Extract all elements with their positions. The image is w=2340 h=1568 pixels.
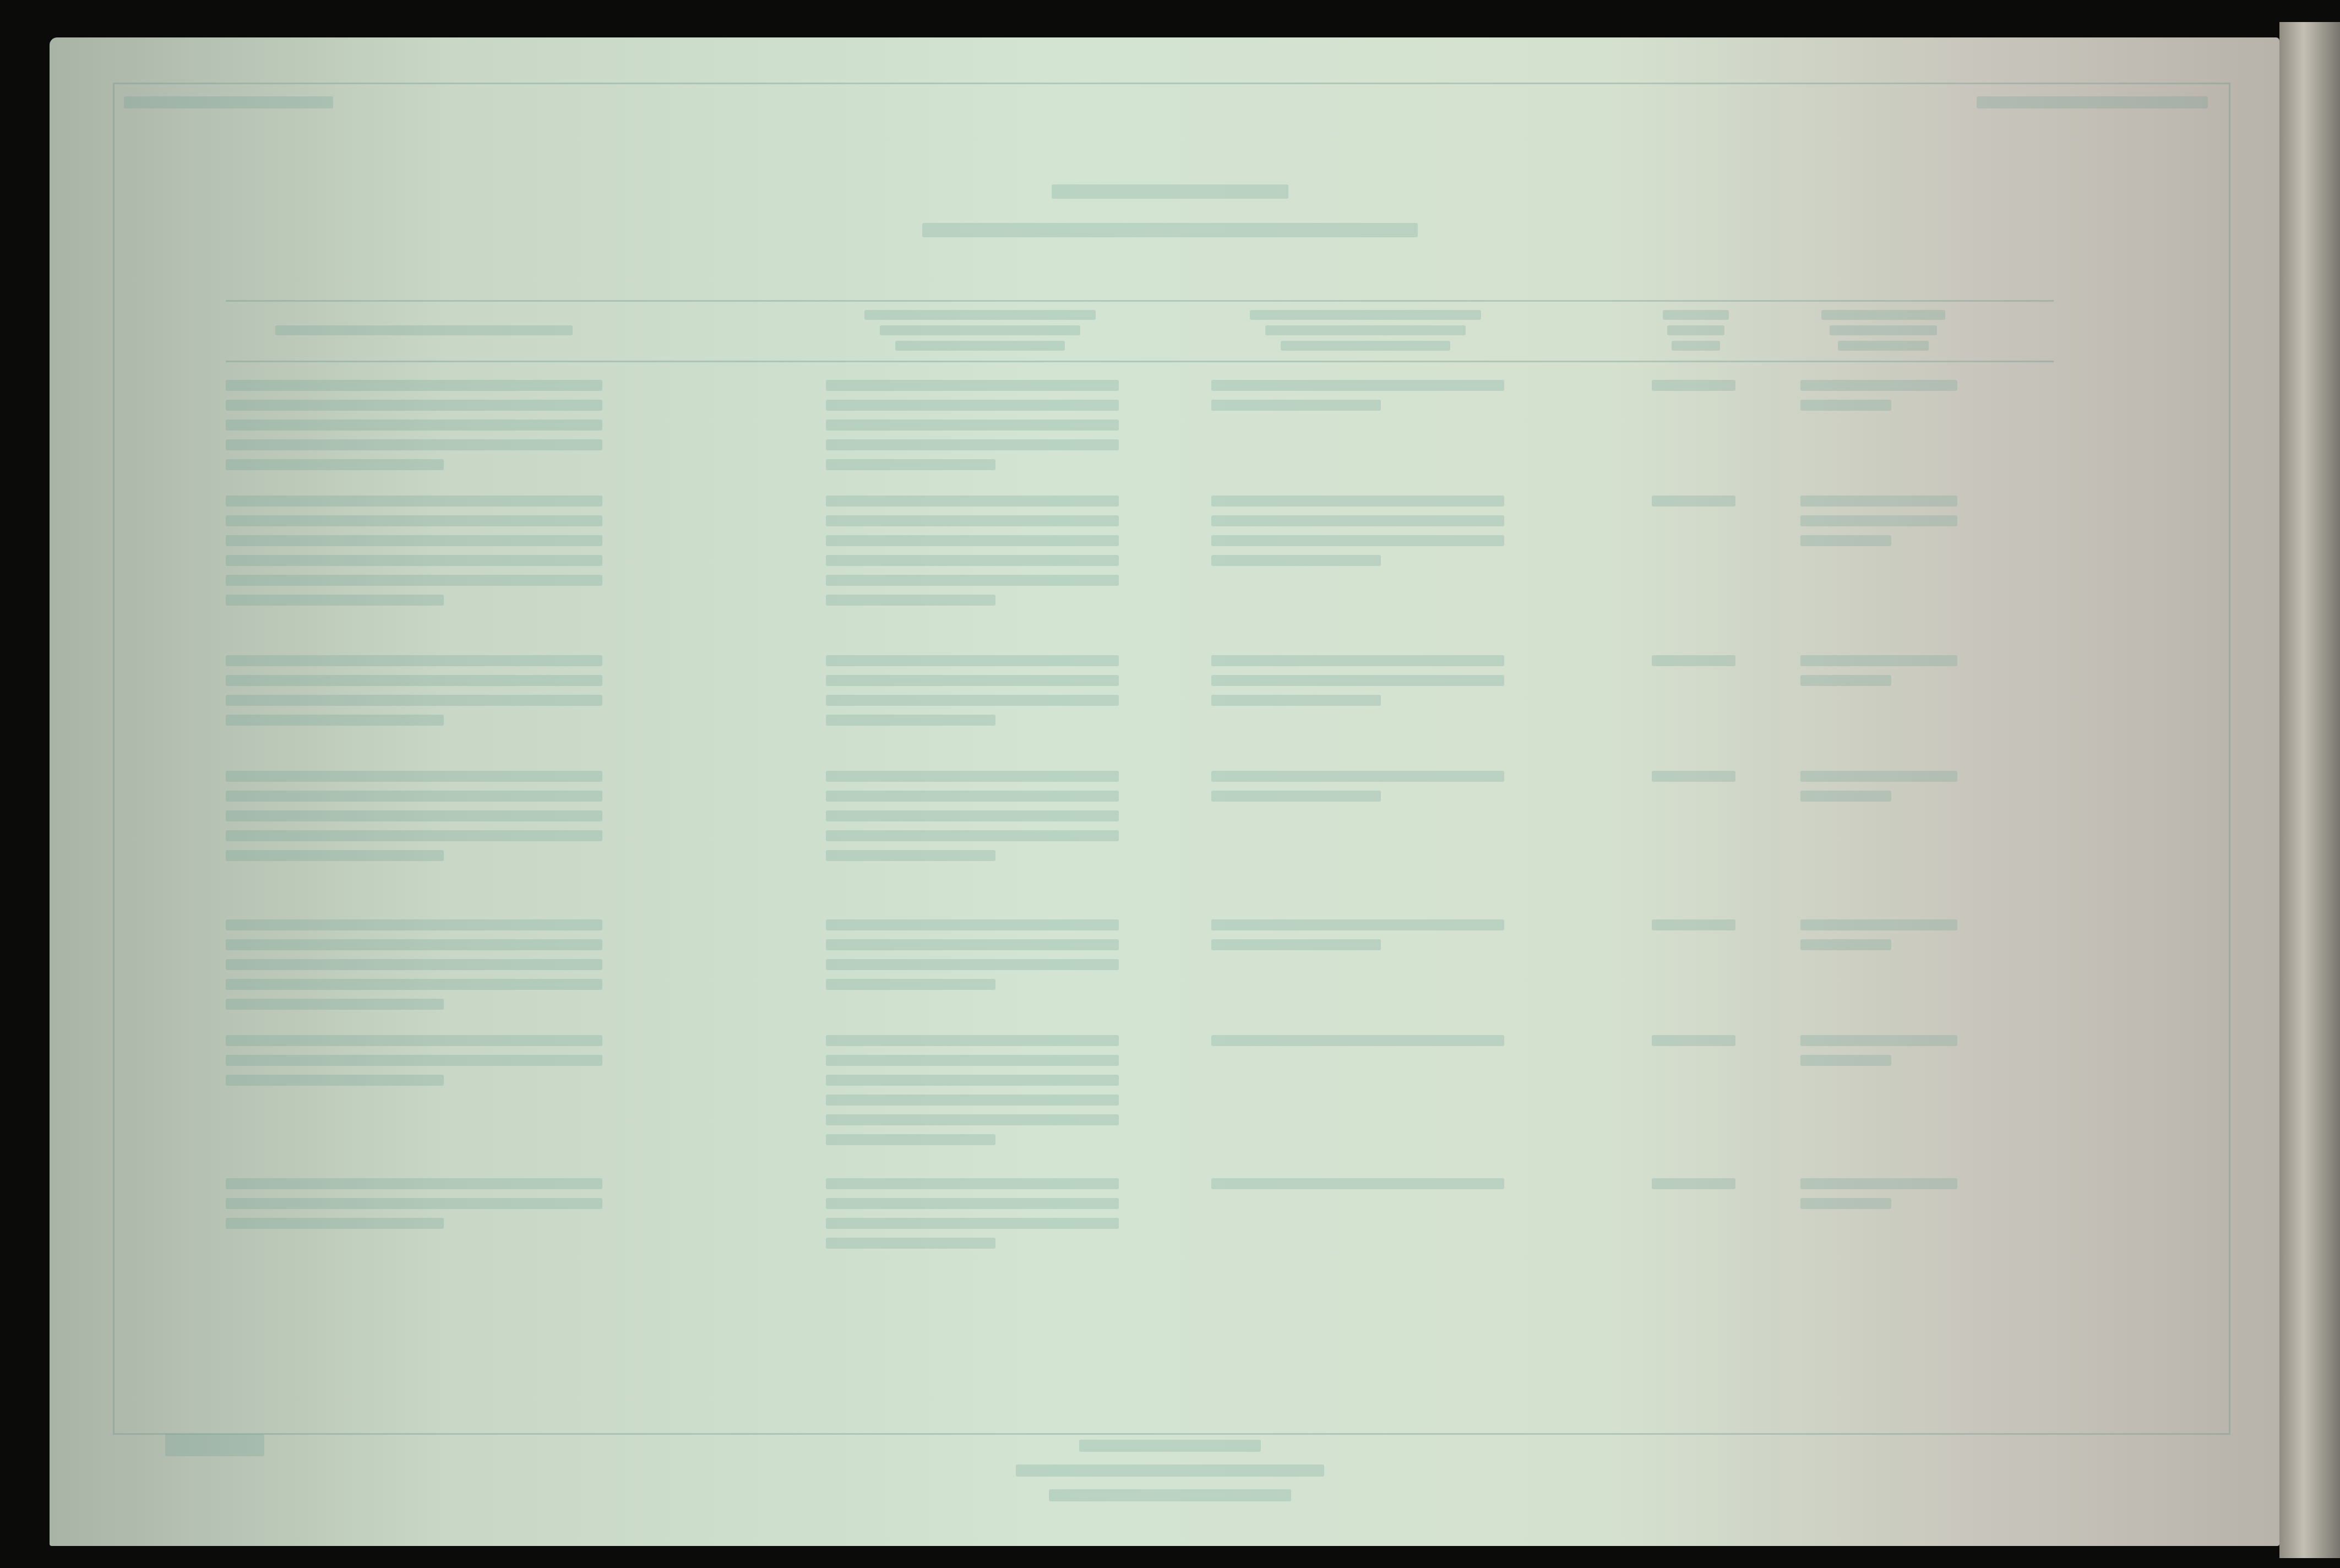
table-cell: [226, 1035, 622, 1086]
table-cell: [826, 496, 1134, 606]
table-cell: [226, 771, 622, 861]
column-header: [226, 302, 622, 359]
table-cell: [1652, 919, 1740, 930]
title-line-1: [1052, 184, 1288, 199]
table-cell: [826, 655, 1134, 726]
table-cell: [1800, 1035, 1966, 1066]
table-cell: [226, 655, 622, 726]
table-cell: [1652, 771, 1740, 782]
page-border: [113, 83, 2230, 1435]
table-cell: [1652, 1178, 1740, 1189]
table-cell: [226, 1178, 622, 1229]
footer-line-2: [0, 1464, 2340, 1477]
table-header-rule: [226, 361, 2054, 362]
table-cell: [1652, 655, 1740, 666]
column-header: [1211, 302, 1520, 359]
table-cell: [826, 919, 1134, 990]
table-cell: [1800, 655, 1966, 686]
footer-line-1: [0, 1440, 2340, 1452]
binding-edge: [2279, 22, 2340, 1558]
table-cell: [1211, 1035, 1520, 1046]
table-cell: [1211, 771, 1520, 802]
table-cell: [1211, 655, 1520, 706]
table-cell: [826, 771, 1134, 861]
header-right-text: [1977, 96, 2208, 108]
footer-line-3: [0, 1489, 2340, 1501]
table-cell: [226, 380, 622, 470]
table-cell: [1652, 380, 1740, 391]
table-cell: [1800, 1178, 1966, 1209]
column-header: [826, 302, 1134, 359]
table-cell: [826, 380, 1134, 470]
table-cell: [1211, 496, 1520, 566]
document-subtitle: [0, 223, 2340, 237]
table-cell: [1652, 496, 1740, 507]
table-cell: [1800, 919, 1966, 950]
table-cell: [1800, 496, 1966, 546]
table-cell: [826, 1035, 1134, 1145]
title-line-2: [922, 223, 1418, 237]
table-cell: [226, 496, 622, 606]
header-left-text: [124, 96, 333, 108]
page-number: [165, 1434, 264, 1456]
table-cell: [1800, 380, 1966, 411]
table-cell: [1652, 1035, 1740, 1046]
document-title: [0, 184, 2340, 199]
table-cell: [226, 919, 622, 1010]
table-cell: [1800, 771, 1966, 802]
column-header: [1652, 302, 1740, 359]
column-header: [1800, 302, 1966, 359]
table-cell: [1211, 380, 1520, 411]
table-cell: [1211, 1178, 1520, 1189]
table-cell: [826, 1178, 1134, 1249]
table-cell: [1211, 919, 1520, 950]
